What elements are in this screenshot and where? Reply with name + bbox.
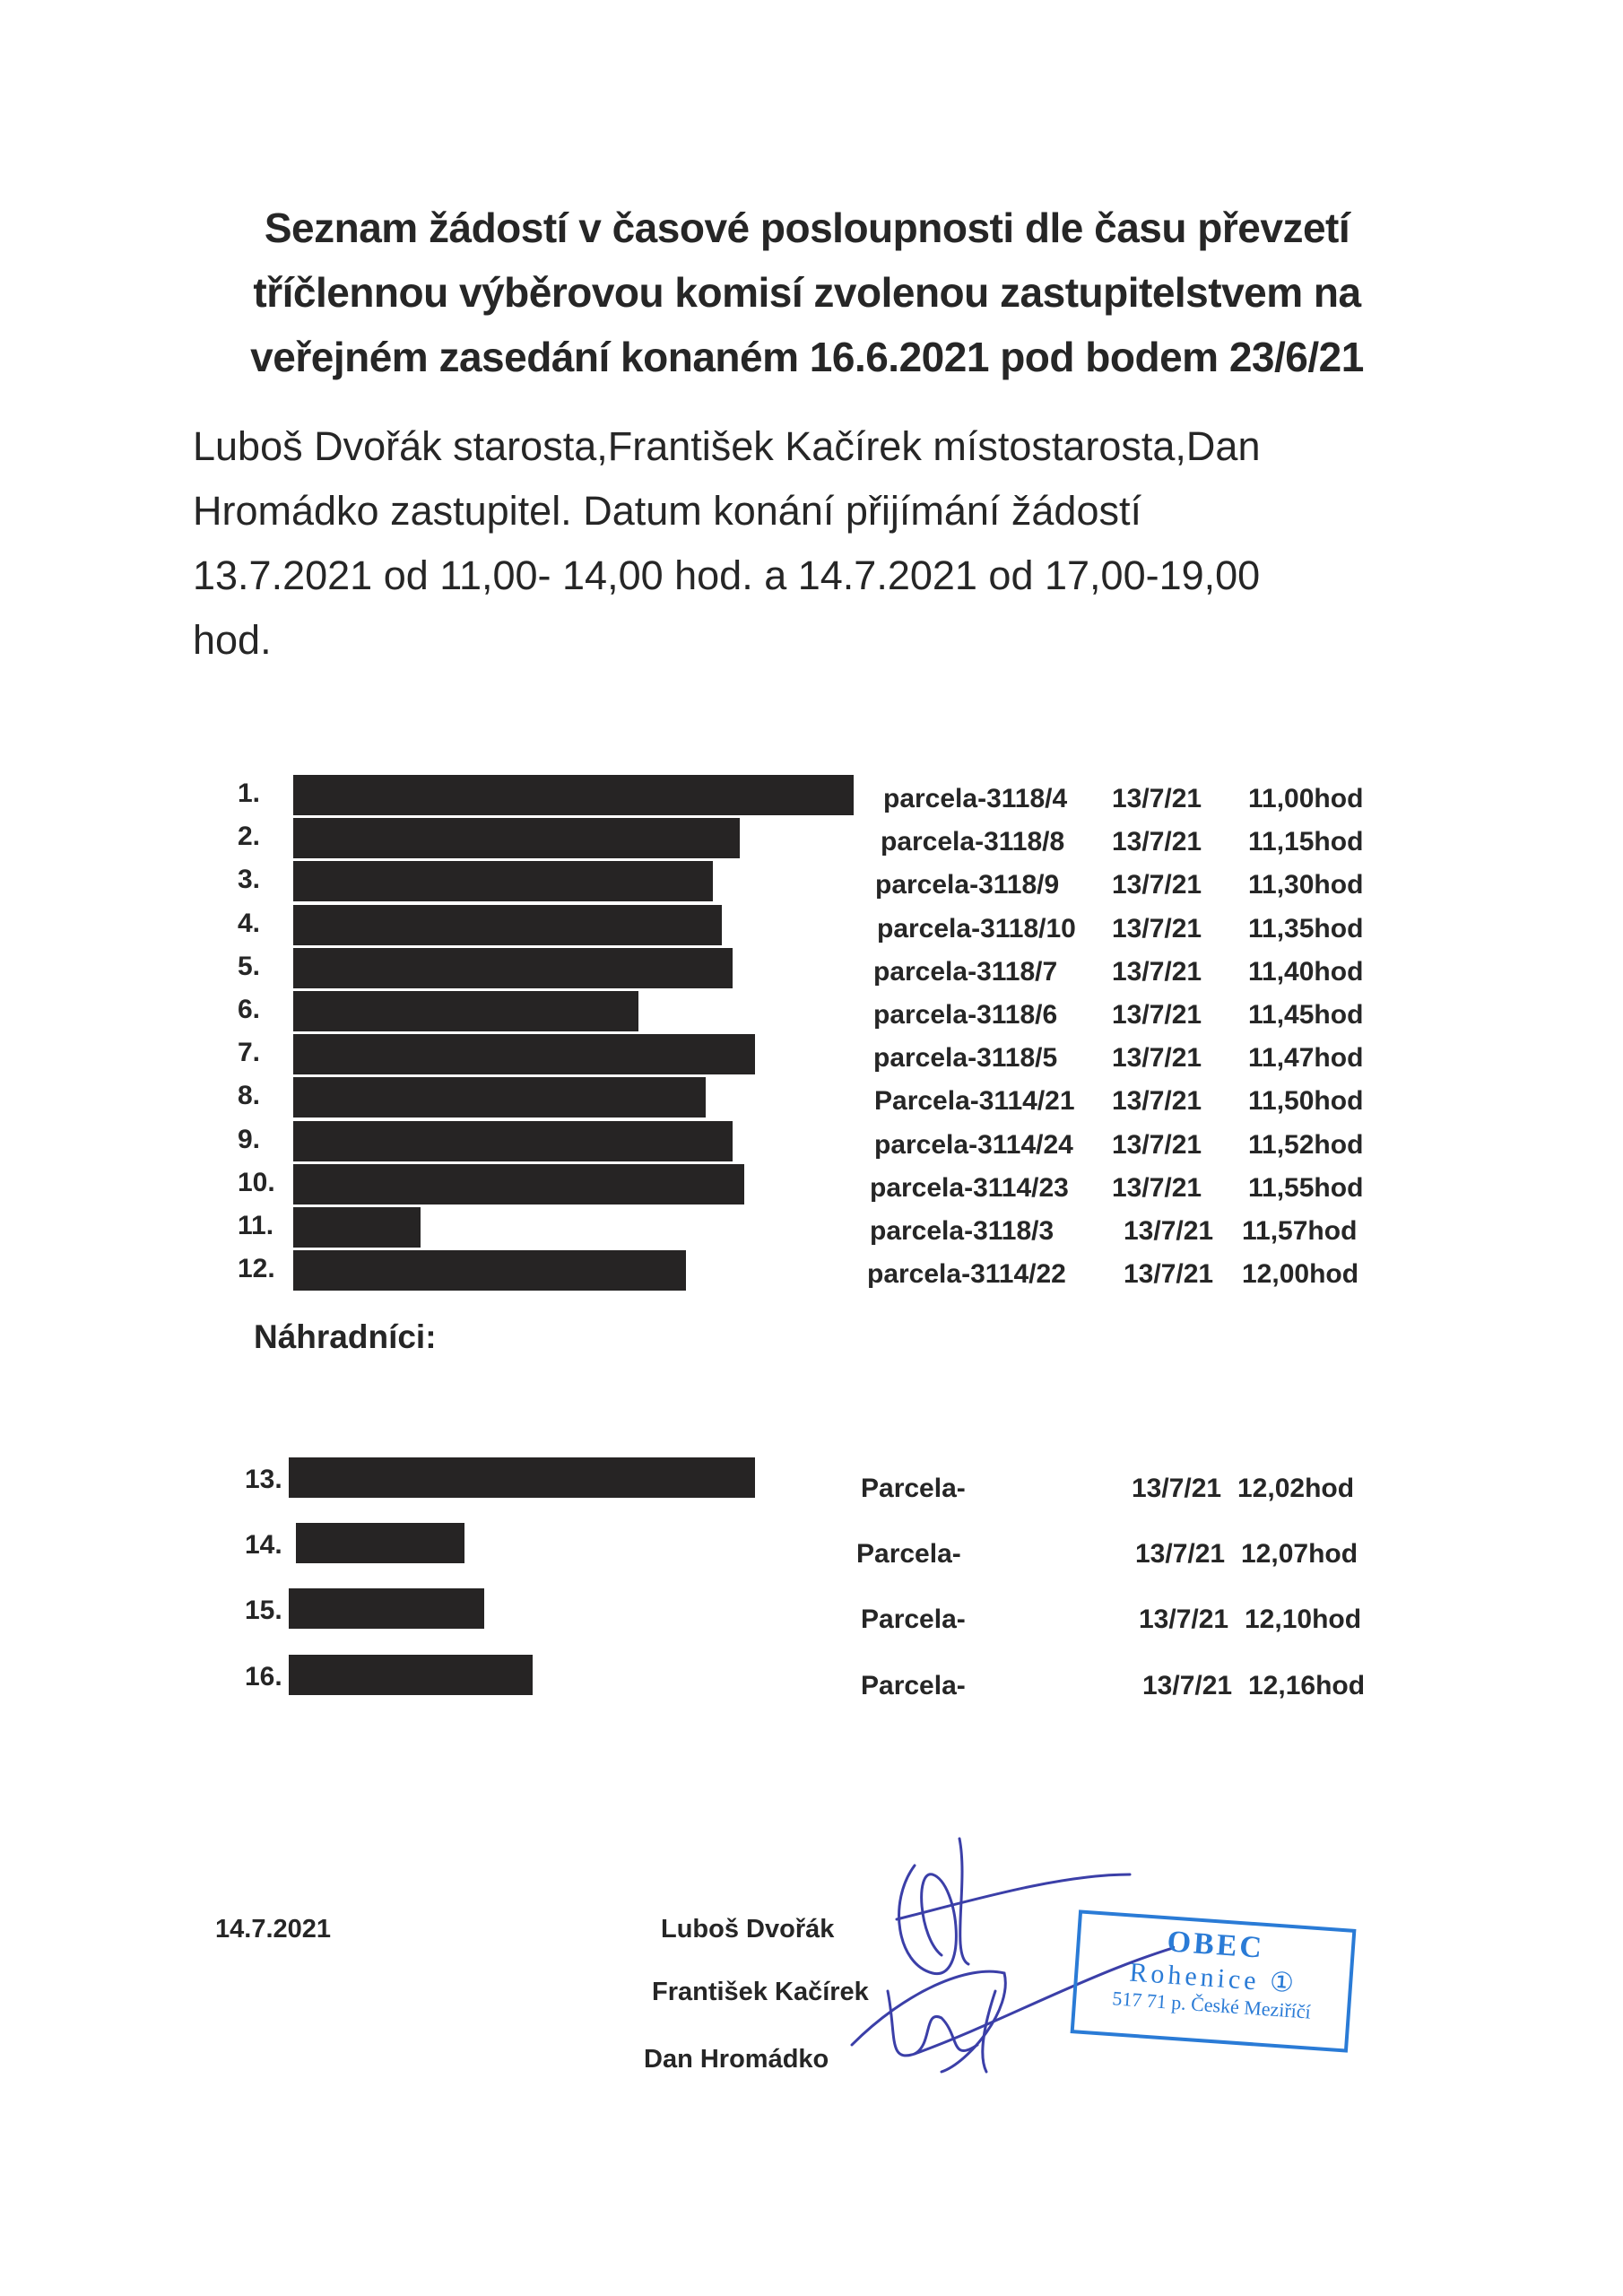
row-number: 14. [245,1530,282,1561]
request-time: 12,16hod [1248,1671,1365,1701]
request-date: 13/7/21 [1142,1671,1232,1701]
parcel-id: parcela-3118/10 [877,914,1076,944]
request-date: 13/7/21 [1112,1173,1202,1204]
request-time: 11,45hod [1248,1000,1363,1031]
applicant-row: 2.parcela-3118/813/7/2111,15hod [0,818,1623,859]
applicant-row: 8.Parcela-3114/2113/7/2111,50hod [0,1077,1623,1118]
row-number: 7. [238,1038,260,1068]
request-time: 11,35hod [1248,914,1363,944]
redacted-name [293,1077,706,1118]
signer-name: Dan Hromádko [644,2045,829,2074]
request-date: 13/7/21 [1112,914,1202,944]
request-time: 12,00hod [1242,1259,1358,1290]
request-time: 11,15hod [1248,827,1363,857]
applicant-row: 9.parcela-3114/2413/7/2111,52hod [0,1121,1623,1162]
redacted-name [293,818,740,858]
intro-line: hod. [193,608,1466,673]
title-line: tříčlennou výběrovou komisí zvolenou zas… [179,260,1435,325]
substitutes-heading: Náhradníci: [254,1318,437,1356]
row-number: 16. [245,1662,282,1692]
row-number: 13. [245,1465,282,1495]
request-date: 13/7/21 [1132,1474,1221,1504]
row-number: 6. [238,995,260,1025]
signature-date: 14.7.2021 [215,1915,331,1944]
request-time: 11,52hod [1248,1130,1363,1161]
parcel-id: Parcela- [861,1474,966,1504]
row-number: 3. [238,865,260,895]
applicant-row: 3.parcela-3118/913/7/2111,30hod [0,861,1623,902]
request-time: 11,55hod [1248,1173,1363,1204]
parcel-id: parcela-3114/22 [867,1259,1066,1290]
request-time: 11,30hod [1248,870,1363,900]
row-number: 2. [238,822,260,852]
redacted-name [293,948,733,988]
request-time: 12,07hod [1241,1539,1358,1570]
intro-line: Hromádko zastupitel. Datum konání přijím… [193,479,1466,544]
request-date: 13/7/21 [1112,1130,1202,1161]
redacted-name [289,1457,755,1498]
row-number: 4. [238,909,260,939]
row-number: 5. [238,952,260,982]
request-date: 13/7/21 [1139,1605,1228,1635]
parcel-id: parcela-3118/4 [883,784,1067,814]
request-time: 12,02hod [1237,1474,1354,1504]
applicant-row: 7.parcela-3118/513/7/2111,47hod [0,1034,1623,1075]
request-date: 13/7/21 [1112,870,1202,900]
substitute-row: 13.Parcela-13/7/2112,02hod [0,1457,1623,1499]
redacted-name [293,1207,421,1248]
redacted-name [293,1164,744,1205]
row-number: 9. [238,1125,260,1155]
request-time: 11,57hod [1242,1216,1357,1247]
applicant-row: 5.parcela-3118/713/7/2111,40hod [0,948,1623,989]
municipal-stamp: OBEC Rohenice ① 517 71 p. České Meziříčí [1071,1909,1357,2052]
request-date: 13/7/21 [1112,957,1202,987]
document-title: Seznam žádostí v časové posloupnosti dle… [179,196,1435,389]
request-date: 13/7/21 [1112,1000,1202,1031]
redacted-name [293,1034,755,1074]
substitute-row: 15.Parcela-13/7/2112,10hod [0,1588,1623,1630]
redacted-name [293,775,854,815]
parcel-id: parcela-3118/8 [881,827,1064,857]
redacted-name [289,1588,484,1629]
request-time: 11,47hod [1248,1043,1363,1074]
applicant-row: 11.parcela-3118/313/7/2111,57hod [0,1207,1623,1248]
request-date: 13/7/21 [1112,1043,1202,1074]
parcel-id: parcela-3118/3 [870,1216,1054,1247]
applicant-row: 1.parcela-3118/413/7/2111,00hod [0,775,1623,816]
parcel-id: Parcela- [861,1605,966,1635]
substitute-row: 14.Parcela-13/7/2112,07hod [0,1523,1623,1564]
request-time: 11,40hod [1248,957,1363,987]
parcel-id: parcela-3114/23 [870,1173,1069,1204]
parcel-id: Parcela- [861,1671,966,1701]
row-number: 12. [238,1254,275,1284]
redacted-name [296,1523,464,1563]
row-number: 1. [238,778,260,809]
redacted-name [293,861,713,901]
substitute-row: 16.Parcela-13/7/2112,16hod [0,1655,1623,1696]
redacted-name [293,1121,733,1161]
intro-line: 13.7.2021 od 11,00- 14,00 hod. a 14.7.20… [193,544,1466,608]
row-number: 8. [238,1081,260,1111]
parcel-id: parcela-3118/7 [873,957,1057,987]
redacted-name [293,905,722,945]
request-date: 13/7/21 [1124,1259,1213,1290]
applicant-row: 10.parcela-3114/2313/7/2111,55hod [0,1164,1623,1205]
signer-name: Luboš Dvořák [661,1915,834,1944]
title-line: veřejném zasedání konaném 16.6.2021 pod … [179,325,1435,389]
applicant-row: 4.parcela-3118/1013/7/2111,35hod [0,905,1623,946]
parcel-id: Parcela- [856,1539,961,1570]
intro-paragraph: Luboš Dvořák starosta,František Kačírek … [193,414,1466,673]
parcel-id: parcela-3118/9 [875,870,1059,900]
request-date: 13/7/21 [1124,1216,1213,1247]
applicant-row: 6.parcela-3118/613/7/2111,45hod [0,991,1623,1032]
parcel-id: parcela-3118/6 [873,1000,1057,1031]
request-time: 12,10hod [1245,1605,1361,1635]
redacted-name [293,1250,686,1291]
request-date: 13/7/21 [1135,1539,1225,1570]
redacted-name [293,991,638,1031]
request-date: 13/7/21 [1112,827,1202,857]
request-date: 13/7/21 [1112,784,1202,814]
row-number: 15. [245,1596,282,1626]
title-line: Seznam žádostí v časové posloupnosti dle… [179,196,1435,260]
request-time: 11,00hod [1248,784,1363,814]
parcel-id: parcela-3114/24 [874,1130,1073,1161]
parcel-id: parcela-3118/5 [873,1043,1057,1074]
applicant-row: 12.parcela-3114/2213/7/2112,00hod [0,1250,1623,1291]
redacted-name [289,1655,533,1695]
row-number: 11. [238,1211,273,1241]
row-number: 10. [238,1168,275,1198]
request-date: 13/7/21 [1112,1086,1202,1117]
intro-line: Luboš Dvořák starosta,František Kačírek … [193,414,1466,479]
request-time: 11,50hod [1248,1086,1363,1117]
parcel-id: Parcela-3114/21 [874,1086,1075,1117]
